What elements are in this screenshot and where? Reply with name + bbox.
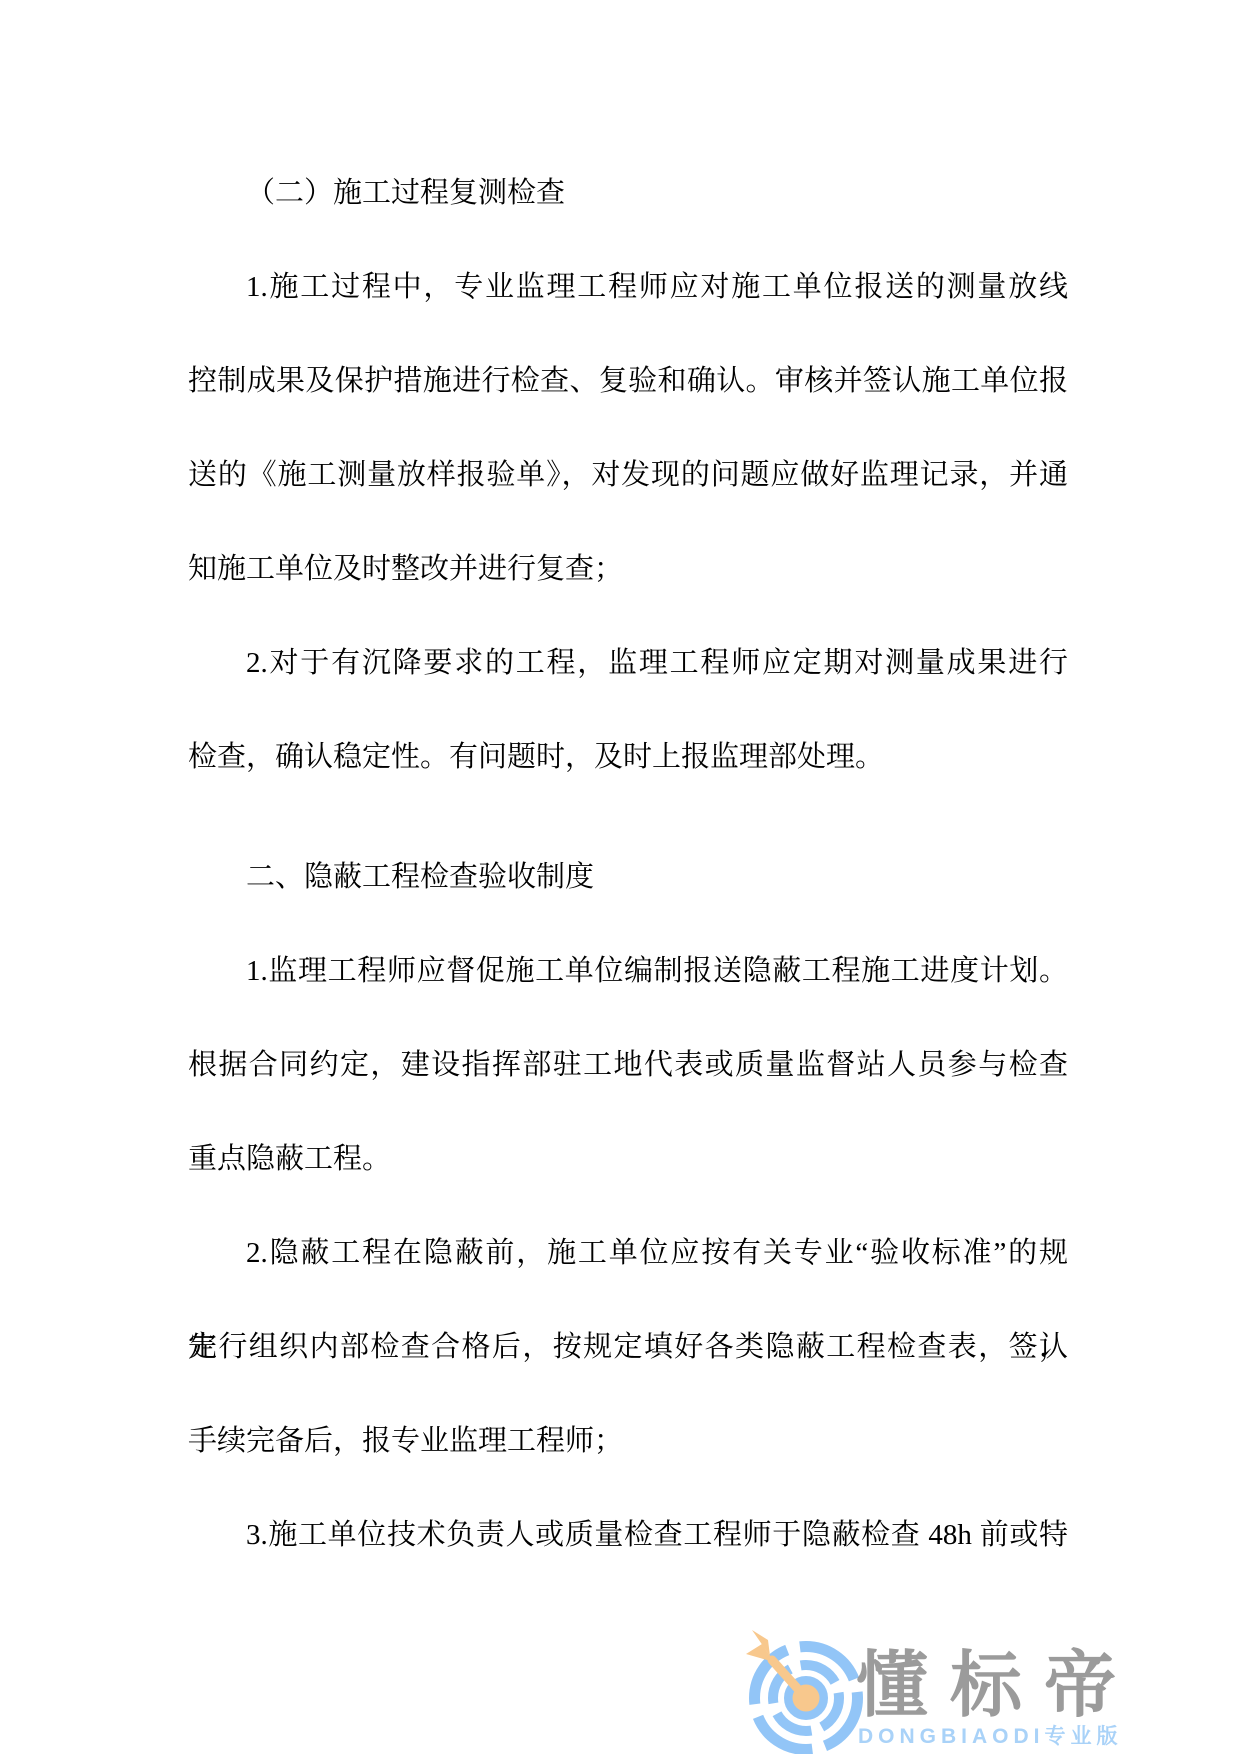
body-line: 2.隐蔽工程在隐蔽前，施工单位应按有关专业“验收标准”的规定， xyxy=(188,1206,1068,1300)
body-line: 知施工单位及时整改并进行复查； xyxy=(188,522,1068,616)
body-line: 重点隐蔽工程。 xyxy=(188,1112,1068,1206)
body-line: 先行组织内部检查合格后，按规定填好各类隐蔽工程检查表，签认 xyxy=(188,1300,1068,1394)
heading-line: （二）施工过程复测检查 xyxy=(188,146,1068,240)
heading-line: 二、隐蔽工程检查验收制度 xyxy=(188,830,1068,924)
body-line: 根据合同约定，建设指挥部驻工地代表或质量监督站人员参与检查 xyxy=(188,1018,1068,1112)
body-line: 检查，确认稳定性。有问题时，及时上报监理部处理。 xyxy=(188,710,1068,804)
body-line: 3.施工单位技术负责人或质量检查工程师于隐蔽检查 48h 前或特 xyxy=(188,1488,1068,1582)
document-page: （二）施工过程复测检查1.施工过程中，专业监理工程师应对施工单位报送的测量放线控… xyxy=(0,0,1241,1754)
body-line: 送的《施工测量放样报验单》，对发现的问题应做好监理记录，并通 xyxy=(188,428,1068,522)
body-line: 1.施工过程中，专业监理工程师应对施工单位报送的测量放线 xyxy=(188,240,1068,334)
target-dart-icon xyxy=(740,1628,872,1754)
watermark-brand-cn: 懂标帝 xyxy=(856,1650,1138,1722)
body-line: 1.监理工程师应督促施工单位编制报送隐蔽工程施工进度计划。 xyxy=(188,924,1068,1018)
watermark-brand-en-latin: DONGBIAODI xyxy=(858,1725,1045,1748)
watermark-brand-en: DONGBIAODI专业版 xyxy=(858,1724,1123,1750)
body-line: 2.对于有沉降要求的工程，监理工程师应定期对测量成果进行 xyxy=(188,616,1068,710)
document-body: （二）施工过程复测检查1.施工过程中，专业监理工程师应对施工单位报送的测量放线控… xyxy=(188,146,1068,1582)
watermark-edition-label: 专业版 xyxy=(1045,1725,1123,1748)
body-line: 控制成果及保护措施进行检查、复验和确认。审核并签认施工单位报 xyxy=(188,334,1068,428)
body-line: 手续完备后，报专业监理工程师； xyxy=(188,1394,1068,1488)
